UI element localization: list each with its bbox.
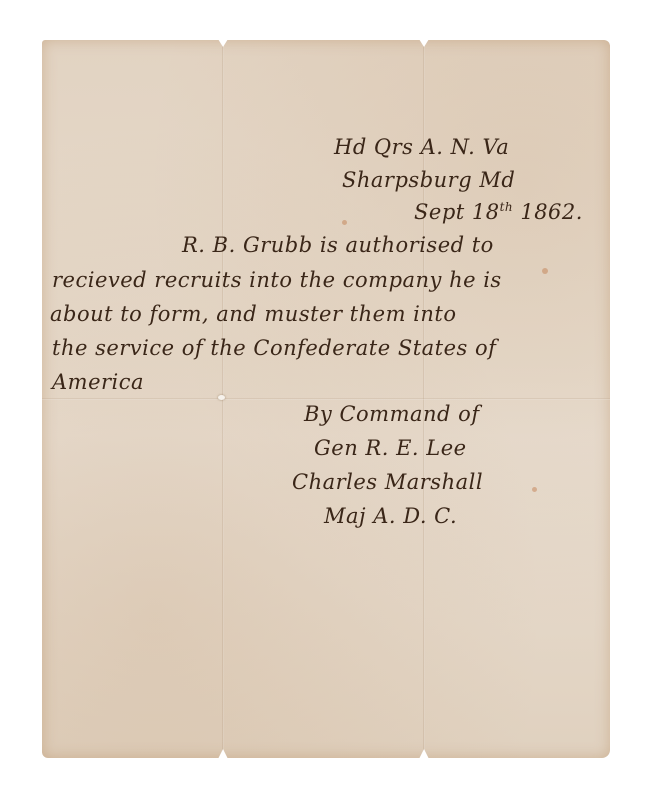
paper-notch	[218, 39, 228, 47]
body-line-4: the service of the Confederate States of	[52, 336, 496, 360]
body-line-3: about to form, and muster them into	[50, 302, 456, 326]
signature-general: Gen R. E. Lee	[314, 436, 467, 460]
paper-notch	[419, 39, 429, 47]
signature-name: Charles Marshall	[292, 470, 483, 494]
body-line-1: R. B. Grubb is authorised to	[182, 233, 494, 257]
fold-hole	[218, 395, 225, 400]
header-line-1: Hd Qrs A. N. Va	[334, 135, 509, 159]
body-line-5: America	[52, 370, 144, 394]
header-date: Sept 18th 1862.	[414, 200, 583, 224]
signature-by-command: By Command of	[304, 402, 480, 426]
horizontal-fold	[42, 398, 610, 400]
letter-paper: Hd Qrs A. N. Va Sharpsburg Md Sept 18th …	[42, 40, 610, 758]
foxing-spot	[542, 268, 548, 274]
paper-notch	[218, 749, 228, 759]
paper-notch	[419, 749, 429, 759]
foxing-spot	[532, 487, 537, 492]
header-line-2: Sharpsburg Md	[342, 168, 515, 192]
signature-rank: Maj A. D. C.	[324, 504, 457, 528]
body-line-2: recieved recruits into the company he is	[52, 268, 502, 292]
foxing-spot	[342, 220, 347, 225]
